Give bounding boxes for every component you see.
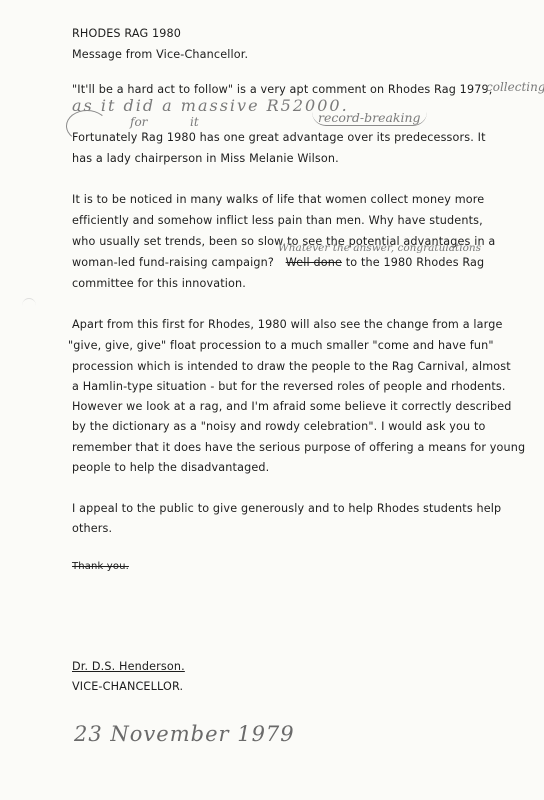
paragraph-3-line-4: a Hamlin-type situation - but for the re… (72, 380, 506, 393)
paragraph-3-line-3: procession which is intended to draw the… (72, 360, 511, 373)
punch-hole-mark (22, 298, 36, 313)
paragraph-3-line-6: by the dictionary as a "noisy and rowdy … (72, 420, 486, 433)
signature-name: Dr. D.S. Henderson. (72, 660, 185, 673)
paragraph-2-line-4: woman-led fund-raising campaign? Well do… (72, 256, 484, 269)
document-subheading: Message from Vice-Chancellor. (72, 48, 248, 61)
paragraph-3-line-1: Apart from this first for Rhodes, 1980 w… (72, 318, 503, 331)
paragraph-3-line-5: However we look at a rag, and I'm afraid… (72, 400, 512, 413)
paragraph-3-line-7: remember that it does have the serious p… (72, 441, 525, 454)
struck-closing: Thank you. (72, 561, 129, 572)
annotation-record-breaking: record-breaking (312, 110, 427, 126)
paragraph-3-line-2: "give, give, give" float procession to a… (68, 339, 494, 352)
paragraph-1-line-1: "It'll be a hard act to follow" is a ver… (72, 83, 492, 96)
annotation-congratulations: Whatever the answer, congratulations (278, 242, 481, 254)
paragraph-1-line-2: Fortunately Rag 1980 has one great advan… (72, 131, 486, 144)
struck-well-done: Well done (286, 256, 342, 269)
annotation-collecting: collecting (486, 80, 544, 94)
paragraph-3-line-8: people to help the disadvantaged. (72, 461, 269, 474)
paragraph-2-line-4-text: woman-led fund-raising campaign? (72, 256, 274, 269)
paragraph-4-line-1: I appeal to the public to give generousl… (72, 502, 501, 515)
annotation-it: it (190, 115, 199, 129)
paragraph-2-line-5: committee for this innovation. (72, 277, 246, 290)
paragraph-2-line-2: efficiently and somehow inflict less pai… (72, 214, 483, 227)
document-page: RHODES RAG 1980 Message from Vice-Chance… (0, 0, 544, 800)
paragraph-4-line-2: others. (72, 522, 112, 535)
paragraph-2-line-4-rest: to the 1980 Rhodes Rag (346, 256, 485, 269)
paragraph-1-line-3: has a lady chairperson in Miss Melanie W… (72, 152, 339, 165)
signature-title: VICE-CHANCELLOR. (72, 680, 183, 693)
annotation-for: for (130, 115, 147, 129)
annotation-massive-amount: as it did a massive R52000. (72, 96, 349, 115)
handwritten-date: 23 November 1979 (74, 722, 295, 746)
paragraph-2-line-1: It is to be noticed in many walks of lif… (72, 193, 484, 206)
document-heading: RHODES RAG 1980 (72, 27, 181, 40)
